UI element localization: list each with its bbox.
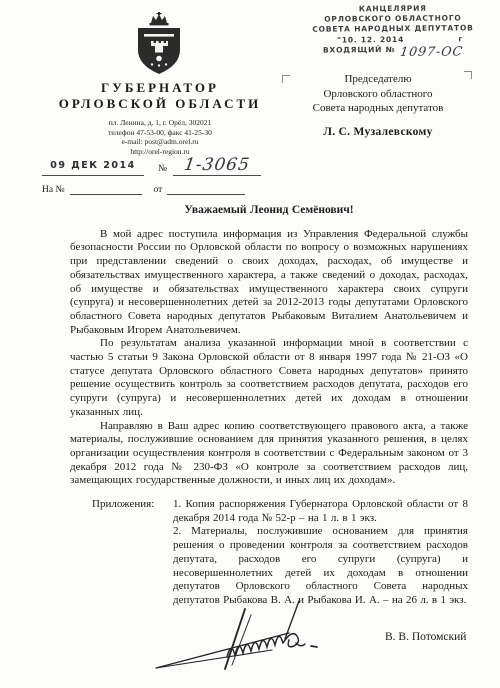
letter-body: Уважаемый Леонид Семёнович! В мой адрес … bbox=[70, 204, 468, 608]
sender-address: пл. Ленина, д. 1, г. Орёл, 302021 телефо… bbox=[30, 118, 290, 156]
recipient-name: Л. С. Музалевскому bbox=[292, 125, 464, 140]
na-number-blank-line bbox=[70, 183, 142, 195]
outgoing-number-handwritten: 1-3065 bbox=[183, 157, 251, 174]
stamp-incoming-row: ВХОДЯЩИЙ № 1097-ОС bbox=[293, 44, 493, 56]
recipient-block: Председателю Орловского областного Совет… bbox=[292, 72, 464, 139]
ot-blank-line bbox=[167, 183, 245, 195]
body-paragraph-3: Направляю в Ваш адрес копию соответствую… bbox=[70, 420, 468, 489]
attachments-label: Приложения: bbox=[70, 498, 173, 608]
salutation: Уважаемый Леонид Семёнович! bbox=[70, 204, 468, 218]
scanned-letter-page: КАНЦЕЛЯРИЯ ОРЛОВСКОГО ОБЛАСТНОГО СОВЕТА … bbox=[0, 0, 500, 688]
body-paragraph-1: В мой адрес поступила информация из Упра… bbox=[70, 228, 468, 338]
chancery-incoming-stamp: КАНЦЕЛЯРИЯ ОРЛОВСКОГО ОБЛАСТНОГО СОВЕТА … bbox=[293, 3, 493, 56]
sender-address-line3: e-mail: post@adm.orel.ru bbox=[30, 137, 290, 147]
outgoing-date-stamp: 09 ДЕК 2014 bbox=[42, 160, 144, 176]
attachments-list: 1. Копия распоряжения Губернатора Орловс… bbox=[173, 498, 468, 608]
stamp-date: "10. 12. 2014 bbox=[337, 35, 404, 46]
na-number-label: На № bbox=[42, 185, 65, 195]
recipient-line3: Совета народных депутатов bbox=[292, 101, 464, 116]
corner-mark-left bbox=[282, 75, 290, 83]
sender-title-line2: ОРЛОВСКОЙ ОБЛАСТИ bbox=[30, 96, 290, 112]
reference-row-reply: На № от bbox=[42, 183, 292, 195]
oryol-oblast-coat-of-arms-icon bbox=[132, 12, 186, 76]
ot-label: от bbox=[154, 185, 163, 195]
reference-row-date-number: 09 ДЕК 2014 № 1-3065 bbox=[42, 157, 292, 176]
attachment-item-1: 1. Копия распоряжения Губернатора Орловс… bbox=[173, 498, 468, 525]
recipient-line2: Орловского областного bbox=[292, 87, 464, 102]
sender-letterhead: ГУБЕРНАТОР ОРЛОВСКОЙ ОБЛАСТИ пл. Ленина,… bbox=[30, 80, 290, 156]
sender-address-line1: пл. Ленина, д. 1, г. Орёл, 302021 bbox=[30, 118, 290, 128]
number-label: № bbox=[158, 164, 167, 174]
sender-address-line2: телефон 47-53-00, факс 41-25-30 bbox=[30, 128, 290, 138]
recipient-line1: Председателю bbox=[292, 72, 464, 87]
sender-title-line1: ГУБЕРНАТОР bbox=[30, 80, 290, 96]
signatory-name: В. В. Потомский bbox=[385, 631, 466, 643]
handwritten-signature bbox=[148, 596, 348, 688]
stamp-incoming-number-handwritten: 1097-ОС bbox=[400, 46, 464, 57]
stamp-line3: СОВЕТА НАРОДНЫХ ДЕПУТАТОВ bbox=[293, 23, 493, 35]
outgoing-number-cell: 1-3065 bbox=[173, 157, 261, 176]
reference-block: 09 ДЕК 2014 № 1-3065 На № от bbox=[42, 157, 292, 195]
attachments-section: Приложения: 1. Копия распоряжения Губерн… bbox=[70, 498, 468, 608]
corner-mark-right bbox=[464, 71, 472, 79]
body-paragraph-2: По результатам анализа указанной информа… bbox=[70, 337, 468, 419]
stamp-incoming-label: ВХОДЯЩИЙ № bbox=[323, 45, 396, 56]
